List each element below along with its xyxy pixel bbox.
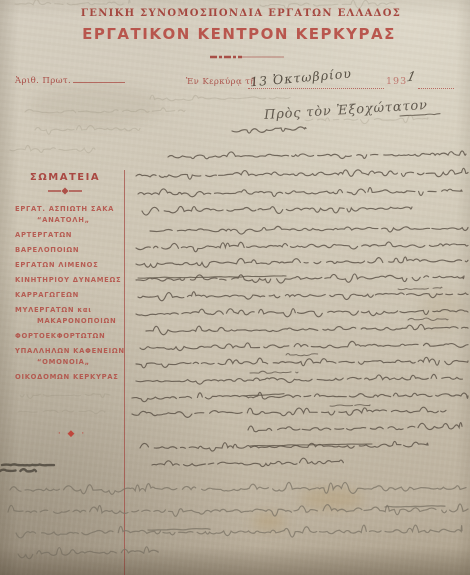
handwriting-stroke (136, 257, 468, 267)
handwriting-stroke (2, 464, 54, 465)
handwriting-stroke (244, 394, 284, 396)
handwriting-stroke (15, 0, 130, 5)
handwriting-stroke (136, 309, 468, 317)
handwriting-stroke (18, 547, 158, 559)
handwriting-stroke (0, 469, 36, 471)
handwriting-stroke (8, 504, 468, 516)
handwriting-stroke (150, 95, 290, 101)
handwriting-stroke (330, 405, 370, 407)
handwriting-stroke (136, 242, 468, 252)
scanned-letter: ΓΕΝΙΚΗ ΣΥΝΟΜΟΣΠΟΝΔΙΑ ΕΡΓΑΤΩΝ ΕΛΛΑΔΟΣ ΕΡΓ… (0, 0, 470, 575)
handwriting-stroke (16, 525, 462, 538)
handwriting-stroke (142, 206, 412, 215)
handwriting-stroke (248, 423, 462, 432)
handwriting-stroke (132, 392, 468, 401)
handwriting-stroke (18, 410, 105, 414)
handwriting-stroke (398, 287, 442, 289)
handwriting-stroke (260, 0, 395, 9)
handwriting-stroke (136, 357, 468, 368)
handwriting-stroke (138, 188, 462, 197)
handwriting-stroke (150, 226, 468, 234)
handwriting-stroke (148, 529, 210, 531)
handwriting-stroke (140, 441, 428, 451)
handwriting-stroke (152, 458, 343, 466)
handwriting-stroke (408, 318, 448, 321)
handwriting-stroke (232, 127, 306, 133)
handwriting-stroke (138, 292, 468, 301)
handwriting-stroke (136, 168, 468, 179)
handwriting-stroke (286, 354, 318, 356)
handwriting-stroke (25, 108, 185, 113)
handwriting-stroke (250, 444, 372, 446)
handwriting-stroke (146, 324, 468, 334)
handwriting-stroke (20, 394, 110, 399)
handwriting-stroke (136, 274, 464, 283)
handwriting-stroke (35, 126, 140, 135)
handwriting-stroke (250, 371, 298, 373)
handwriting-stroke (136, 374, 462, 384)
handwriting-stroke (140, 341, 468, 350)
handwriting-stroke (10, 145, 95, 152)
handwriting-stroke (168, 151, 466, 159)
handwriting-stroke (385, 506, 445, 507)
handwriting-layer (0, 0, 470, 575)
handwriting-stroke (132, 407, 446, 417)
handwriting-stroke (10, 482, 466, 494)
